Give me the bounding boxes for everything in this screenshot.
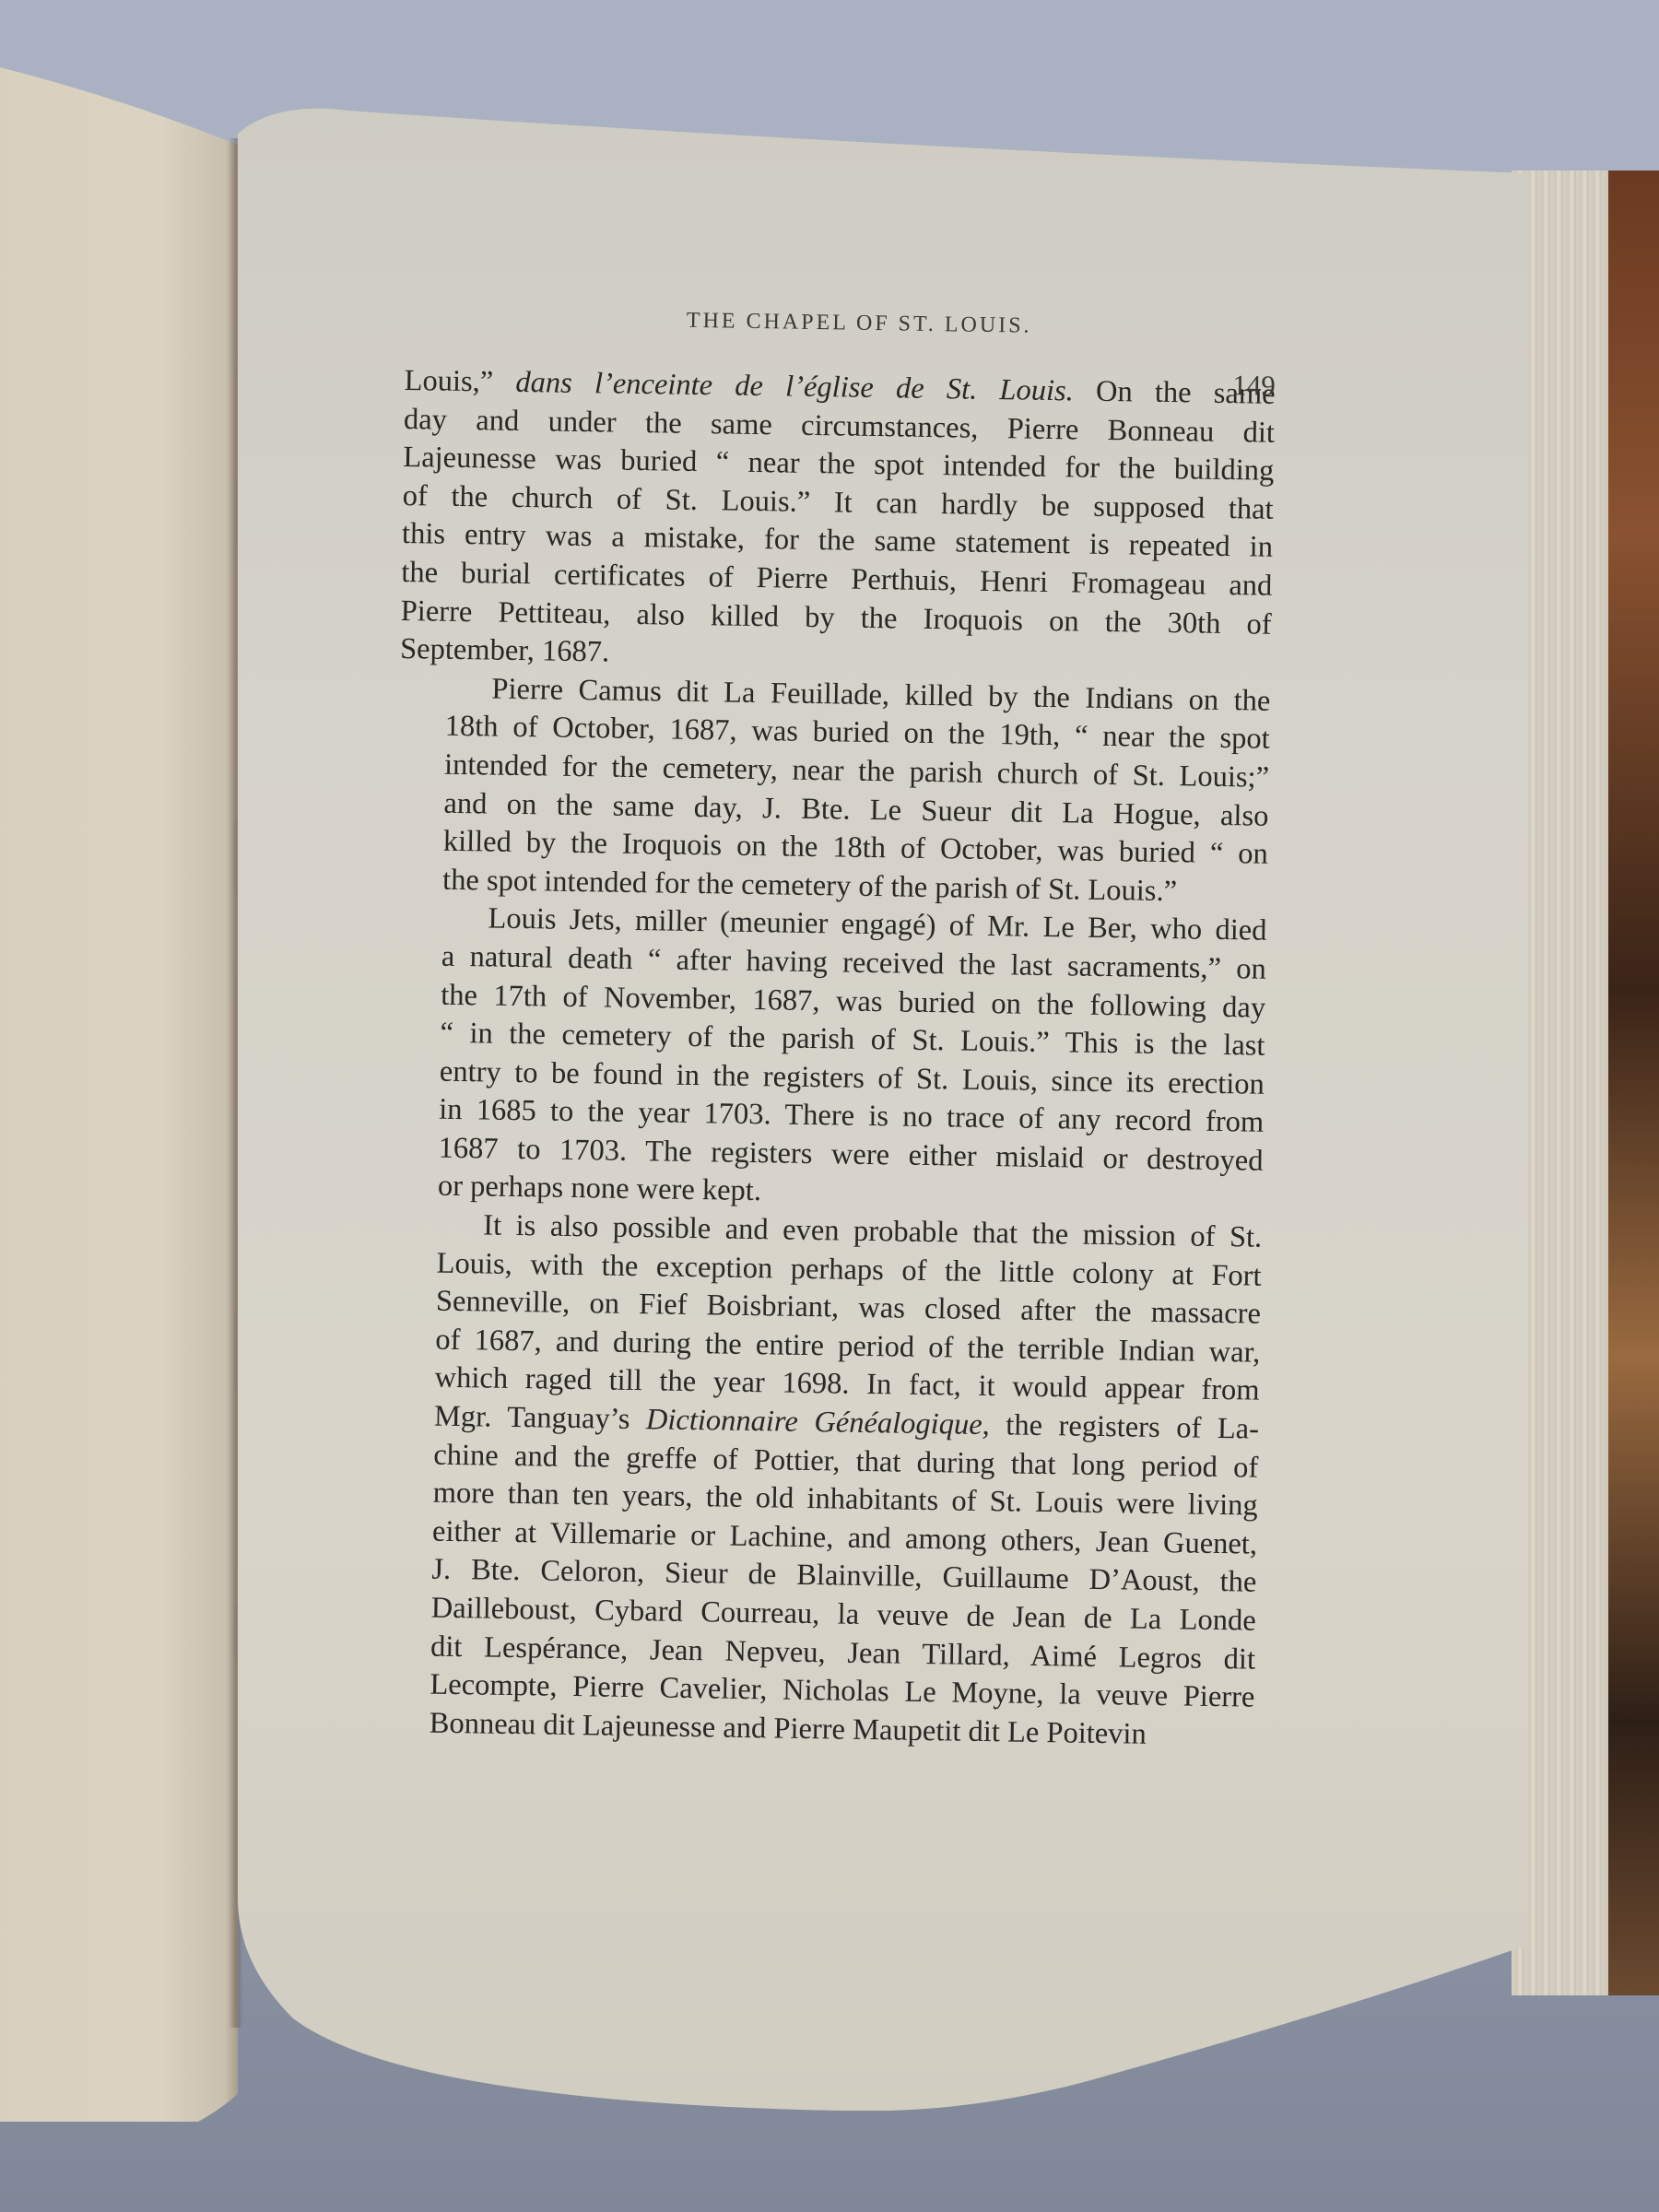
paragraph: Pierre Camus dit La Feuillade, killed by… bbox=[396, 669, 1271, 912]
page-number: 149 bbox=[1232, 369, 1276, 403]
book-cover-edge bbox=[1608, 171, 1659, 1995]
paragraph: Louis Jets, miller (meunier engagé) of M… bbox=[392, 899, 1267, 1219]
left-page bbox=[0, 57, 238, 2122]
body-text: Louis,” dans l’enceinte de l’église de S… bbox=[382, 362, 1275, 1756]
page-content: THE CHAPEL OF ST. LOUIS. 149 Louis,” dan… bbox=[382, 304, 1276, 1756]
italic-text: Dictionnaire Généalogique, bbox=[646, 1403, 990, 1441]
paragraph: It is also possible and even probable th… bbox=[382, 1206, 1262, 1756]
paragraph: Louis,” dans l’enceinte de l’église de S… bbox=[400, 362, 1276, 683]
italic-text: dans l’enceinte de l’église de St. Louis… bbox=[515, 366, 1074, 408]
